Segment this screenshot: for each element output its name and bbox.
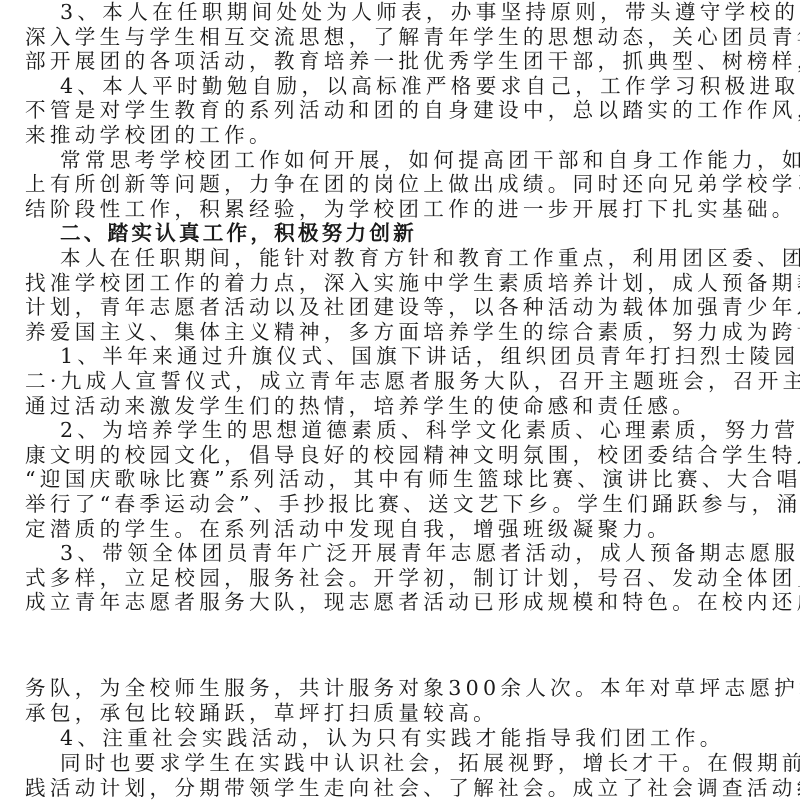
text-line: 践活动计划，分期带领学生走向社会、了解社会。成立了社会调查活动组，暑假有计划地 bbox=[25, 776, 785, 800]
text-line: 承包，承包比较踊跃，草坪打扫质量较高。 bbox=[25, 701, 785, 725]
text-line: 结阶段性工作，积累经验，为学校团工作的进一步开展打下扎实基础。 bbox=[25, 197, 785, 221]
text-line: 4、注重社会实践活动，认为只有实践才能指导我们团工作。 bbox=[60, 726, 800, 750]
text-line: 4、本人平时勤勉自励，以高标准严格要求自己，工作学习积极进取，倡导求实精神。 bbox=[60, 74, 800, 98]
text-line: 养爱国主义、集体主义精神，多方面培养学生的综合素质，努力成为跨世纪一代有用人才。 bbox=[25, 320, 785, 344]
document-page: 3、本人在任职期间处处为人师表，办事坚持原则，带头遵守学校的各项规章制度，深入学… bbox=[0, 0, 800, 800]
text-line: 同时也要求学生在实践中认识社会，拓展视野，增长才干。在假期前制订学生社会实 bbox=[60, 751, 800, 775]
text-line: 成立青年志愿者服务大队，现志愿者活动已形成规模和特色。在校内还成立“好帮手”服 bbox=[25, 590, 785, 614]
text-line: 1、半年来通过升旗仪式、国旗下讲话，组织团员青年打扫烈士陵园，入团宣誓，一 bbox=[60, 344, 800, 368]
text-line: “迎国庆歌咏比赛”系列活动，其中有师生篮球比赛、演讲比赛、大合唱比赛;下半年又 bbox=[25, 467, 785, 491]
text-line: 式多样，立足校园，服务社会。开学初，制订计划，号召、发动全体团员青年招募和教育， bbox=[25, 566, 785, 590]
text-line: 3、本人在任职期间处处为人师表，办事坚持原则，带头遵守学校的各项规章制度， bbox=[60, 0, 800, 24]
text-line: 康文明的校园文化，倡导良好的校园精神文明氛围，校团委结合学生特点在上半年组织了 bbox=[25, 443, 785, 467]
text-line: 二·九成人宣誓仪式，成立青年志愿者服务大队，召开主题班会，召开主题团日活动等等， bbox=[25, 369, 785, 393]
text-line: 部开展团的各项活动，教育培养一批优秀学生团干部，抓典型、树榜样，以榜样促进步。 bbox=[25, 49, 785, 73]
text-line: 不管是对学生教育的系列活动和团的自身建设中，总以踏实的工作作风，务实的工作精神 bbox=[25, 98, 785, 122]
text-line: 定潜质的学生。在系列活动中发现自我，增强班级凝聚力。 bbox=[25, 517, 785, 541]
text-line: 常常思考学校团工作如何开展，如何提高团干部和自身工作能力，如何在原工作基础 bbox=[60, 148, 800, 172]
text-line: 计划，青年志愿者活动以及社团建设等，以各种活动为载体加强青少年思想道德教育，培 bbox=[25, 295, 785, 319]
text-line: 来推动学校团的工作。 bbox=[25, 123, 785, 147]
text-line: 举行了“春季运动会”、手抄报比赛、送文艺下乡。学生们踊跃参与，涌现了一批具有一 bbox=[25, 492, 785, 516]
section-heading: 二、踏实认真工作，积极努力创新 bbox=[60, 221, 800, 245]
text-line: 2、为培养学生的思想道德素质、科学文化素质、心理素质，努力营造积极向上、健 bbox=[60, 418, 800, 442]
text-line: 本人在任职期间，能针对教育方针和教育工作重点，利用团区委、团市委的文件精神， bbox=[60, 246, 800, 270]
text-line: 通过活动来激发学生们的热情，培养学生的使命感和责任感。 bbox=[25, 394, 785, 418]
text-line: 上有所创新等问题，力争在团的岗位上做出成绩。同时还向兄弟学校学习团工作经验，总 bbox=[25, 172, 785, 196]
text-line: 找准学校团工作的着力点，深入实施中学生素质培养计划，成人预备期教育，新世纪读书 bbox=[25, 271, 785, 295]
text-line: 3、带领全体团员青年广泛开展青年志愿者活动，成人预备期志愿服务活动，力求形 bbox=[60, 541, 800, 565]
text-line: 深入学生与学生相互交流思想，了解青年学生的思想动态，关心团员青年，指导各班团支 bbox=[25, 25, 785, 49]
text-line: 务队，为全校师生服务，共计服务对象300余人次。本年对草坪志愿护绿工作进行了重新 bbox=[25, 676, 785, 700]
